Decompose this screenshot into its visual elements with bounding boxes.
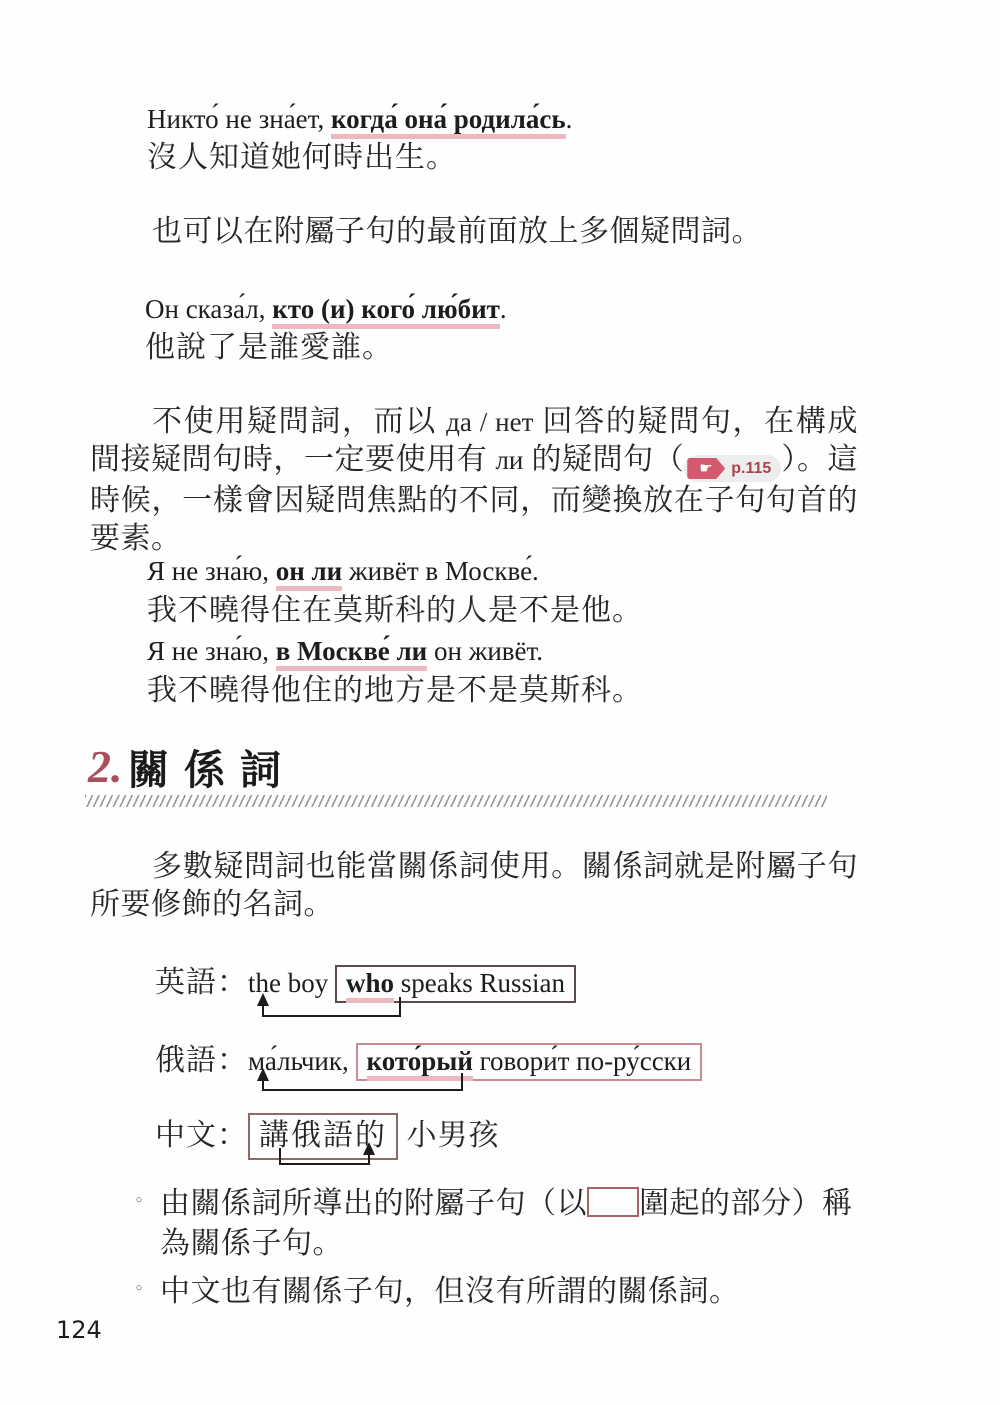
note-item: ◦ 由關係詞所導出的附屬子句（以圍起的部分）稱為關係子句。: [134, 1184, 858, 1264]
head-noun-text: 小男孩: [398, 1119, 500, 1152]
language-label: 英語：: [155, 966, 248, 999]
page-number: 124: [56, 1316, 102, 1344]
sentence-end: живёт в Москве́.: [342, 556, 539, 586]
highlighted-clause: кто (и) кого́ лю́бит: [272, 294, 500, 329]
example-2: Он сказа́л, кто (и) кого́ лю́бит. 他說了是誰愛…: [145, 290, 507, 368]
bullet-icon: ◦: [134, 1272, 160, 1312]
sentence-end: он живёт.: [427, 636, 543, 666]
example-1: Никто́ не зна́ет, когда́ она́ родила́сь.…: [147, 100, 572, 178]
russian-sentence: Я не зна́ю, он ли живёт в Москве́.: [147, 552, 643, 590]
relative-clause-box: 講俄語的: [248, 1113, 398, 1160]
highlighted-clause: он ли: [276, 556, 343, 591]
paragraph-text: 的疑問句（: [523, 443, 684, 476]
relative-pronoun: кото́рый: [367, 1046, 473, 1081]
paragraph-1: 也可以在附屬子句的最前面放上多個疑問詞。: [90, 213, 858, 251]
example-row-chinese: 中文：講俄語的 小男孩: [155, 1110, 500, 1160]
relative-clause-box: who speaks Russian: [335, 965, 576, 1003]
russian-sentence: Он сказа́л, кто (и) кого́ лю́бит.: [145, 290, 507, 328]
chinese-translation: 我不曉得他住的地方是不是莫斯科。: [147, 671, 643, 711]
chinese-translation: 我不曉得住在莫斯科的人是不是他。: [147, 591, 643, 631]
note-text: 由關係詞所導出的附屬子句（以圍起的部分）稱為關係子句。: [160, 1184, 858, 1264]
highlighted-clause: в Москве́ ли: [276, 636, 428, 671]
clause-rest: speaks Russian: [394, 968, 565, 998]
arrowhead-russian-icon: [257, 1068, 269, 1081]
paragraph-2: 不使用疑問詞，而以 да / нет 回答的疑問句，在構成間接疑問句時，一定要使…: [90, 403, 858, 558]
sentence-end: .: [500, 294, 507, 324]
highlighted-clause: когда́ она́ родила́сь: [331, 104, 566, 139]
arrow-line-russian-across: [262, 1089, 463, 1091]
language-label: 俄語：: [155, 1044, 248, 1077]
page-reference-badge: ☛p.115: [684, 455, 781, 482]
example-row-russian: 俄語：ма́льчик, кото́рый говори́т по-ру́сск…: [155, 1035, 702, 1081]
sentence-start: Никто́ не зна́ет,: [147, 104, 331, 134]
book-page: Никто́ не зна́ет, когда́ она́ родила́сь.…: [0, 0, 1000, 1405]
arrow-line-english-down: [399, 997, 401, 1017]
russian-term: ли: [495, 445, 523, 475]
example-row-english: 英語：the boy who speaks Russian: [155, 957, 576, 1003]
arrow-line-chinese-across: [279, 1163, 370, 1165]
relative-pronoun: who: [346, 968, 394, 1003]
section-number: 2.: [88, 744, 123, 790]
chinese-translation: 他說了是誰愛誰。: [145, 328, 507, 368]
russian-term: да / нет: [446, 407, 533, 437]
sentence-start: Я не зна́ю,: [147, 636, 276, 666]
russian-sentence: Никто́ не зна́ет, когда́ она́ родила́сь.: [147, 100, 572, 138]
russian-sentence: Я не зна́ю, в Москве́ ли он живёт.: [147, 632, 643, 670]
notes-list: ◦ 由關係詞所導出的附屬子句（以圍起的部分）稱為關係子句。 ◦ 中文也有關係子句…: [134, 1184, 858, 1320]
page-reference-label: p.115: [731, 450, 771, 488]
chinese-translation: 沒人知道她何時出生。: [147, 138, 572, 178]
section-title: 關係詞: [128, 748, 296, 792]
sentence-start: Он сказа́л,: [145, 294, 272, 324]
sentence-start: Я не зна́ю,: [147, 556, 276, 586]
arrowhead-english-icon: [257, 993, 269, 1006]
relative-clause-box: кото́рый говори́т по-ру́сски: [356, 1043, 703, 1081]
arrowhead-chinese-icon: [363, 1142, 375, 1155]
example-group: Я не зна́ю, он ли живёт в Москве́. 我不曉得住…: [147, 552, 643, 711]
note-text-start: 由關係詞所導出的附屬子句（以: [160, 1187, 587, 1220]
bullet-icon: ◦: [134, 1184, 160, 1264]
language-label: 中文：: [155, 1119, 248, 1152]
arrow-line-english-across: [262, 1015, 401, 1017]
note-item: ◦ 中文也有關係子句，但沒有所謂的關係詞。: [134, 1272, 858, 1312]
paragraph-3: 多數疑問詞也能當關係詞使用。關係詞就是附屬子句所要修飾的名詞。: [90, 848, 858, 924]
pointing-hand-icon: ☛: [687, 458, 725, 479]
sample-frame-box: [587, 1187, 639, 1217]
paragraph-text: 不使用疑問詞，而以: [152, 405, 446, 438]
clause-rest: говори́т по-ру́сски: [473, 1046, 691, 1076]
section-divider-hatch: [85, 795, 827, 807]
note-text: 中文也有關係子句，但沒有所謂的關係詞。: [160, 1272, 740, 1312]
sentence-end: .: [566, 104, 573, 134]
